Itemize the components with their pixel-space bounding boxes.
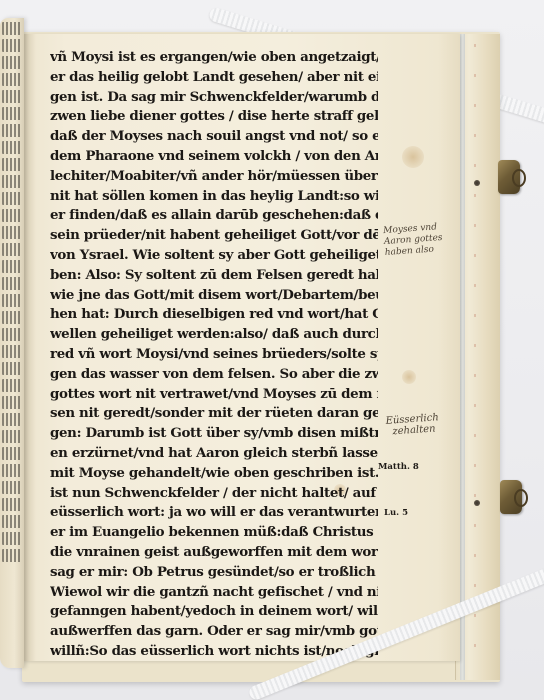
printed-marginal-reference: Matth. 8	[378, 462, 419, 472]
text-line: sen nit geredt/sonder mit der rüeten dar…	[50, 404, 378, 424]
text-line: gefanngen habent/yedoch in deinem wort/ …	[50, 602, 378, 622]
facing-page-curl	[0, 18, 24, 668]
blackletter-text-block: vñ Moysi ist es ergangen/wie oben angetz…	[50, 48, 378, 662]
text-line: red vñ wort Moysi/vnd seines brüeders/so…	[50, 345, 378, 365]
lower-clasp	[500, 480, 522, 514]
text-line: mit Moyse gehandelt/wie oben geschriben …	[50, 464, 378, 484]
note-line: zehalten	[386, 423, 440, 438]
text-line: eüsserlich wort: ja wo will er das veran…	[50, 503, 378, 523]
gutter-shadow	[22, 34, 36, 661]
text-line: gen: Darumb ist Gott über sy/vmb disen m…	[50, 424, 378, 444]
foxing-spot	[402, 370, 416, 384]
clasp-ring-icon	[512, 169, 526, 187]
text-line: wie jne das Gott/mit disem wort/Debartem…	[50, 286, 378, 306]
text-line: dem Pharaone vnd seinem volckh / von den…	[50, 147, 378, 167]
text-line: nit hat söllen komen in das heylig Landt…	[50, 187, 378, 207]
text-line: ben: Also: Sy soltent zū dem Felsen gere…	[50, 266, 378, 286]
nail-icon	[474, 180, 480, 186]
text-line: en erzürnet/vnd hat Aaron gleich sterbñ …	[50, 444, 378, 464]
text-line: gottes wort nit vertrawet/vnd Moyses zū …	[50, 385, 378, 405]
text-line: er im Euangelio bekennen müß:daß Christu…	[50, 523, 378, 543]
text-line: außwerffen das garn. Oder er sag mir/vmb…	[50, 622, 378, 642]
text-line: gen das wasser von dem felsen. So aber d…	[50, 365, 378, 385]
clasp-ring-icon	[514, 489, 528, 507]
printed-marginal-reference: Lu. 5	[384, 508, 408, 518]
nail-icon	[474, 500, 480, 506]
text-line: die vnrainen geist außgeworffen mit dem …	[50, 543, 378, 563]
text-line: lechiter/Moabiter/vñ ander hör/müessen ü…	[50, 167, 378, 187]
text-line: vñ Moysi ist es ergangen/wie oben angetz…	[50, 48, 378, 68]
upper-clasp	[498, 160, 520, 194]
text-line: gen ist. Da sag mir Schwenckfelder/warum…	[50, 88, 378, 108]
edge-groove	[460, 34, 465, 680]
text-line: er finden/daß es allain darūb geschehen:…	[50, 206, 378, 226]
text-line: von Ysrael. Wie soltent sy aber Gott geh…	[50, 246, 378, 266]
text-line: Wiewol wir die gantzñ nacht gefischet / …	[50, 583, 378, 603]
text-line: wellen geheiliget werden:also/ daß auch …	[50, 325, 378, 345]
handwritten-marginal-note: Eüsserlich zehalten	[385, 412, 440, 438]
text-line: zwen liebe diener gottes / dise herte st…	[50, 107, 378, 127]
text-line: sag er mir: Ob Petrus gesündet/so er tro…	[50, 563, 378, 583]
text-line: daß der Moyses nach souil angst vnd not/…	[50, 127, 378, 147]
text-line: sein prüeder/nit habent geheiliget Gott/…	[50, 226, 378, 246]
text-line: hen hat: Durch dieselbigen red vnd wort/…	[50, 305, 378, 325]
book-photo-scene: vñ Moysi ist es ergangen/wie oben angetz…	[0, 0, 544, 700]
text-line: er das heilig gelobt Landt gesehen/ aber…	[50, 68, 378, 88]
book-fore-edge	[455, 34, 500, 680]
text-line: ist nun Schwenckfelder / der nicht halte…	[50, 484, 378, 504]
handwritten-marginal-note: Moyses vnd Aaron gottes haben also	[383, 222, 444, 259]
printed-page: vñ Moysi ist es ergangen/wie oben angetz…	[22, 34, 460, 661]
edge-stain	[474, 44, 476, 664]
foxing-spot	[402, 146, 424, 168]
